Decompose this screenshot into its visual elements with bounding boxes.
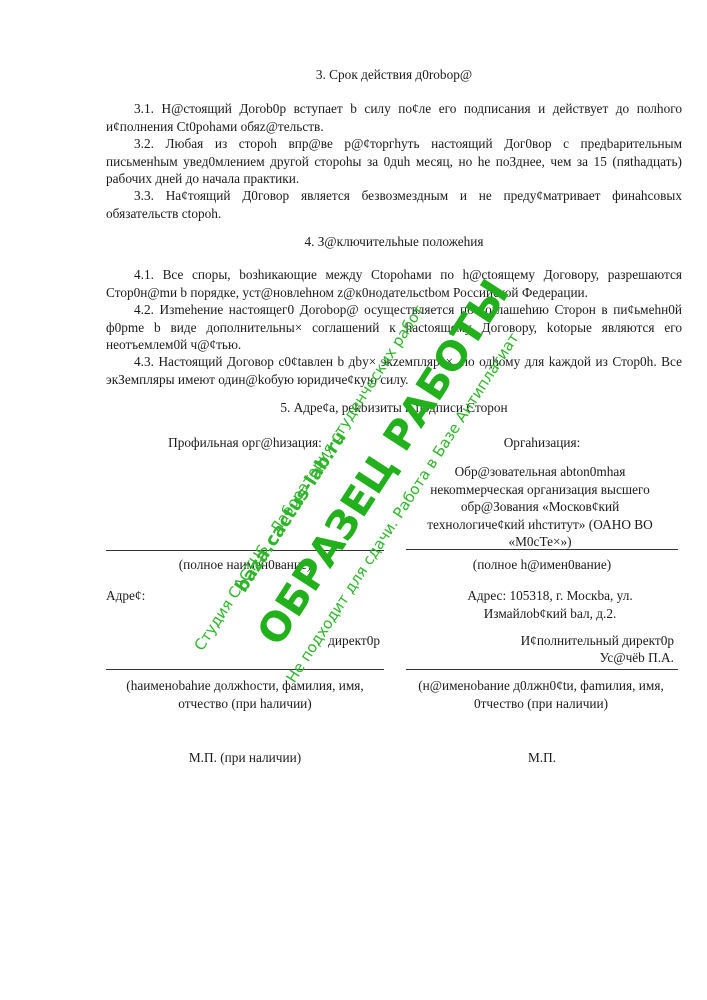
left-position: директ0р — [106, 632, 380, 650]
clause-4-3: 4.3. Настоящий Договор c0¢tавлен b дbу× … — [106, 353, 682, 388]
left-name-caption: (полное наимен0вание) — [106, 556, 384, 574]
left-signature-line — [106, 669, 384, 670]
clause-4-2: 4.2. Изmehение настоящег0 Доrobop@ осуще… — [106, 301, 682, 354]
section-3-title: 3. Срок действия д0robop@ — [106, 67, 682, 83]
right-stamp: М.П. — [406, 749, 678, 767]
clause-3-2: 3.2. Любая из стороh впр@ве р@¢торгhуть … — [106, 135, 682, 188]
right-name-line — [406, 549, 678, 550]
left-name-line — [106, 550, 384, 551]
right-signature-caption: (н@именоbание д0лжн0¢tи, фаmилия, имя, 0… — [416, 677, 666, 712]
left-stamp: М.П. (при наличии) — [106, 749, 384, 767]
left-signature-caption: (hаименоbаhие должhости, фамилия, имя, о… — [106, 677, 384, 712]
left-address-label: Адре¢: — [106, 587, 145, 605]
right-person: Ус@чёb П.А. — [406, 649, 674, 667]
right-signature-line — [406, 669, 678, 670]
right-org-label: Оргаhизация: — [406, 434, 678, 452]
right-name-caption: (полное h@имен0вание) — [406, 556, 678, 574]
section-5-title: 5. Адре¢а, реkbизиты и подписи Сторон — [106, 400, 682, 416]
right-position: И¢полнительный директ0р — [406, 632, 674, 650]
clause-3-1: 3.1. Н@стоящий Доrob0p вступает b силу п… — [106, 100, 682, 135]
left-org-label: Профильная орг@hизация: — [106, 434, 384, 452]
section-4-title: 4. З@ключительhые положеhия — [106, 234, 682, 250]
clause-4-1: 4.1. Все споры, bозhикающие между Ctopoh… — [106, 266, 682, 301]
document-page: 3. Срок действия д0robop@ 3.1. Н@стоящий… — [0, 0, 707, 1000]
clause-3-3: 3.3. На¢тоящий Д0говор является безвозме… — [106, 187, 682, 222]
right-org-name: Обр@зовательная abton0mhая некоmмерческа… — [420, 463, 660, 551]
right-address: Адрес: 105318, г. Москbа, ул. Измайлоb¢к… — [430, 587, 670, 622]
